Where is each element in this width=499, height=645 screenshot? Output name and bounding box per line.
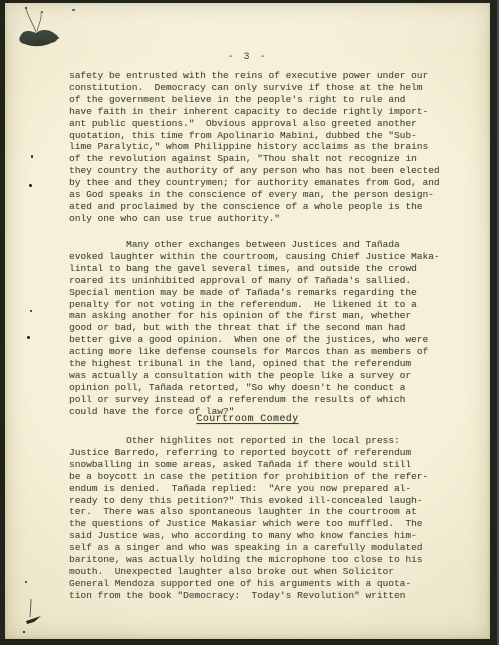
margin-speck-icon — [27, 336, 30, 339]
scanned-document-page: - 3 - safety be entrusted with the reins… — [0, 0, 499, 645]
margin-speck-icon — [31, 155, 33, 158]
margin-speck-icon — [25, 581, 27, 583]
ink-blot-icon — [9, 4, 79, 54]
paragraph-executive-power-quote: safety be entrusted with the reins of ex… — [69, 70, 440, 225]
paragraph-courtroom-exchanges: Many other exchanges between Justices an… — [69, 239, 440, 418]
margin-speck-icon — [30, 310, 32, 312]
paragraph-courtroom-comedy: Other highlites not reported in the loca… — [69, 435, 428, 602]
section-heading: Courtroom Comedy — [5, 413, 490, 424]
paper-sheet: - 3 - safety be entrusted with the reins… — [5, 3, 490, 639]
section-heading-text: Courtroom Comedy — [196, 413, 298, 424]
margin-speck-icon — [29, 184, 32, 187]
pen-check-mark-icon — [17, 575, 51, 637]
ink-speck-icon — [72, 9, 75, 11]
page-number: - 3 - — [5, 52, 490, 63]
